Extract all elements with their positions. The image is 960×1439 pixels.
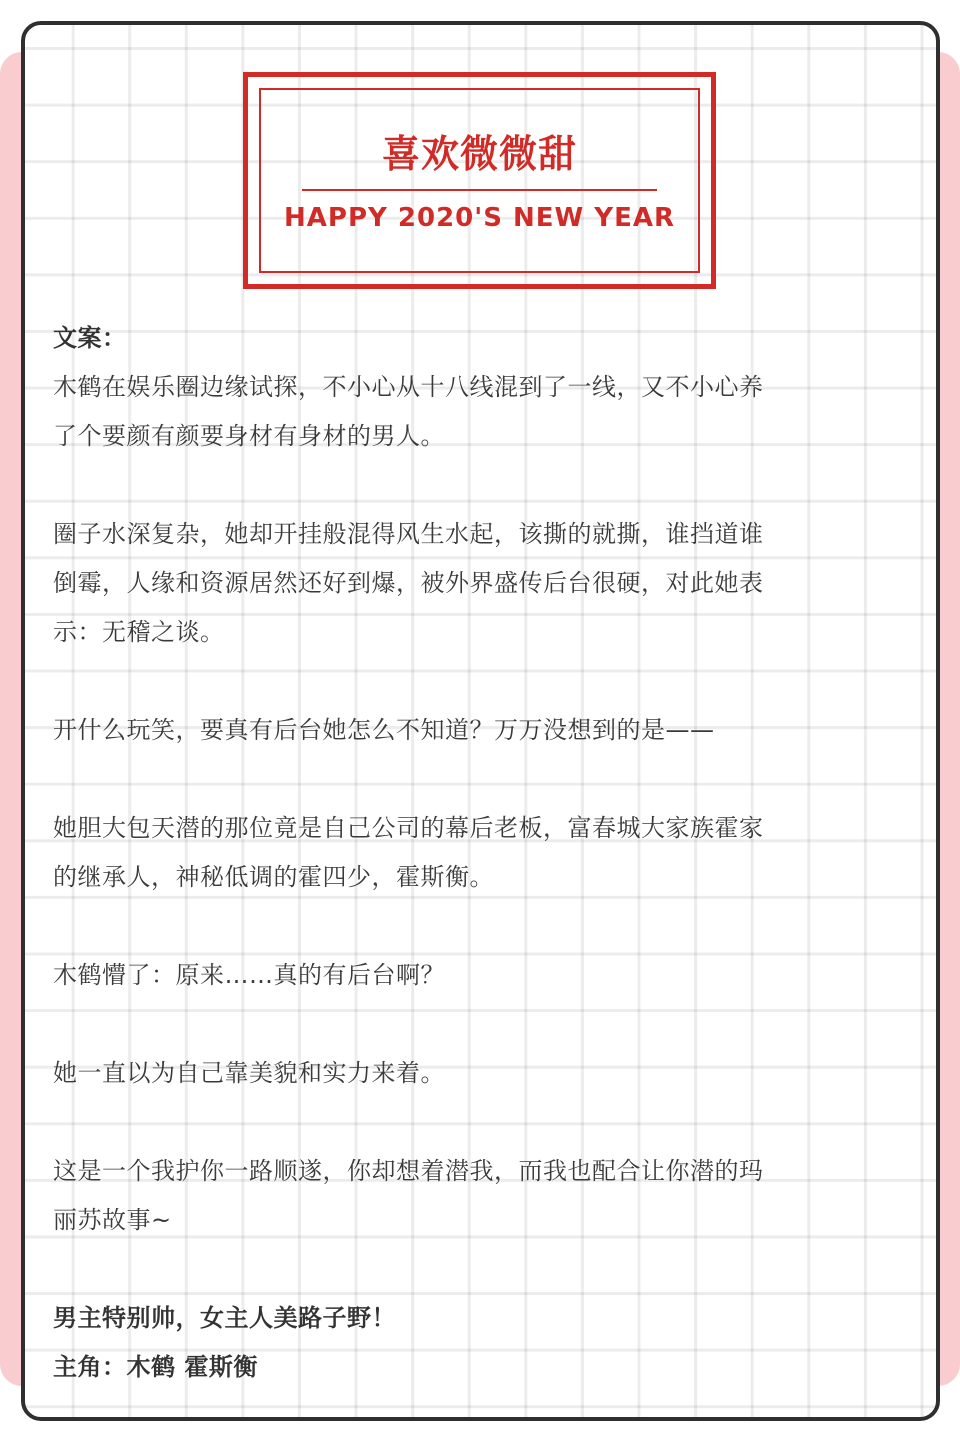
- paragraph-gap: [53, 902, 903, 951]
- paragraph-gap: [53, 1000, 903, 1049]
- title-frame-inner: 喜欢微微甜 HAPPY 2020'S NEW YEAR: [259, 88, 700, 273]
- paragraph: 这是一个我护你一路顺遂，你却想着潜我，而我也配合让你潜的玛 丽苏故事~: [53, 1147, 903, 1245]
- paragraph: 木鹤在娱乐圈边缘试探，不小心从十八线混到了一线，又不小心养 了个要颜有颜要身材有…: [53, 363, 903, 461]
- paragraph-gap: [53, 1245, 903, 1294]
- title-frame-outer: 喜欢微微甜 HAPPY 2020'S NEW YEAR: [243, 72, 716, 289]
- paragraph-gap: [53, 755, 903, 804]
- paragraph: 开什么玩笑，要真有后台她怎么不知道？万万没想到的是——: [53, 706, 903, 755]
- paragraph-line: 示：无稽之谈。: [53, 608, 903, 657]
- paragraph-line: 她胆大包天潜的那位竟是自己公司的幕后老板，富春城大家族霍家: [53, 804, 903, 853]
- tagline: 男主特别帅，女主人美路子野！: [53, 1294, 903, 1343]
- paragraph: 木鹤懵了：原来……真的有后台啊？: [53, 951, 903, 1000]
- paragraph-line: 她一直以为自己靠美貌和实力来着。: [53, 1049, 903, 1098]
- book-title: 喜欢微微甜: [261, 130, 698, 178]
- paragraph: 圈子水深复杂，她却开挂般混得风生水起，该撕的就撕，谁挡道谁 倒霉，人缘和资源居然…: [53, 510, 903, 657]
- grid-paper-card: 喜欢微微甜 HAPPY 2020'S NEW YEAR 文案： 木鹤在娱乐圈边缘…: [21, 21, 940, 1421]
- synopsis-label: 文案：: [53, 314, 903, 363]
- paragraph-line: 倒霉，人缘和资源居然还好到爆，被外界盛传后台很硬，对此她表: [53, 559, 903, 608]
- paragraph-gap: [53, 657, 903, 706]
- paragraph-line: 圈子水深复杂，她却开挂般混得风生水起，该撕的就撕，谁挡道谁: [53, 510, 903, 559]
- synopsis: 文案： 木鹤在娱乐圈边缘试探，不小心从十八线混到了一线，又不小心养 了个要颜有颜…: [53, 314, 903, 1392]
- paragraph-gap: [53, 461, 903, 510]
- paragraph: 她一直以为自己靠美貌和实力来着。: [53, 1049, 903, 1098]
- paragraph-line: 这是一个我护你一路顺遂，你却想着潜我，而我也配合让你潜的玛: [53, 1147, 903, 1196]
- protagonists: 主角：木鹤 霍斯衡: [53, 1343, 903, 1392]
- paragraph-line: 木鹤在娱乐圈边缘试探，不小心从十八线混到了一线，又不小心养: [53, 363, 903, 412]
- paragraph-line: 的继承人，神秘低调的霍四少，霍斯衡。: [53, 853, 903, 902]
- paragraph-line: 开什么玩笑，要真有后台她怎么不知道？万万没想到的是——: [53, 706, 903, 755]
- paragraph-gap: [53, 1098, 903, 1147]
- paragraph-line: 木鹤懵了：原来……真的有后台啊？: [53, 951, 903, 1000]
- book-subtitle: HAPPY 2020'S NEW YEAR: [261, 200, 698, 236]
- paragraph-line: 了个要颜有颜要身材有身材的男人。: [53, 412, 903, 461]
- paragraph-line: 丽苏故事~: [53, 1196, 903, 1245]
- title-divider: [302, 189, 657, 191]
- paragraph: 她胆大包天潜的那位竟是自己公司的幕后老板，富春城大家族霍家 的继承人，神秘低调的…: [53, 804, 903, 902]
